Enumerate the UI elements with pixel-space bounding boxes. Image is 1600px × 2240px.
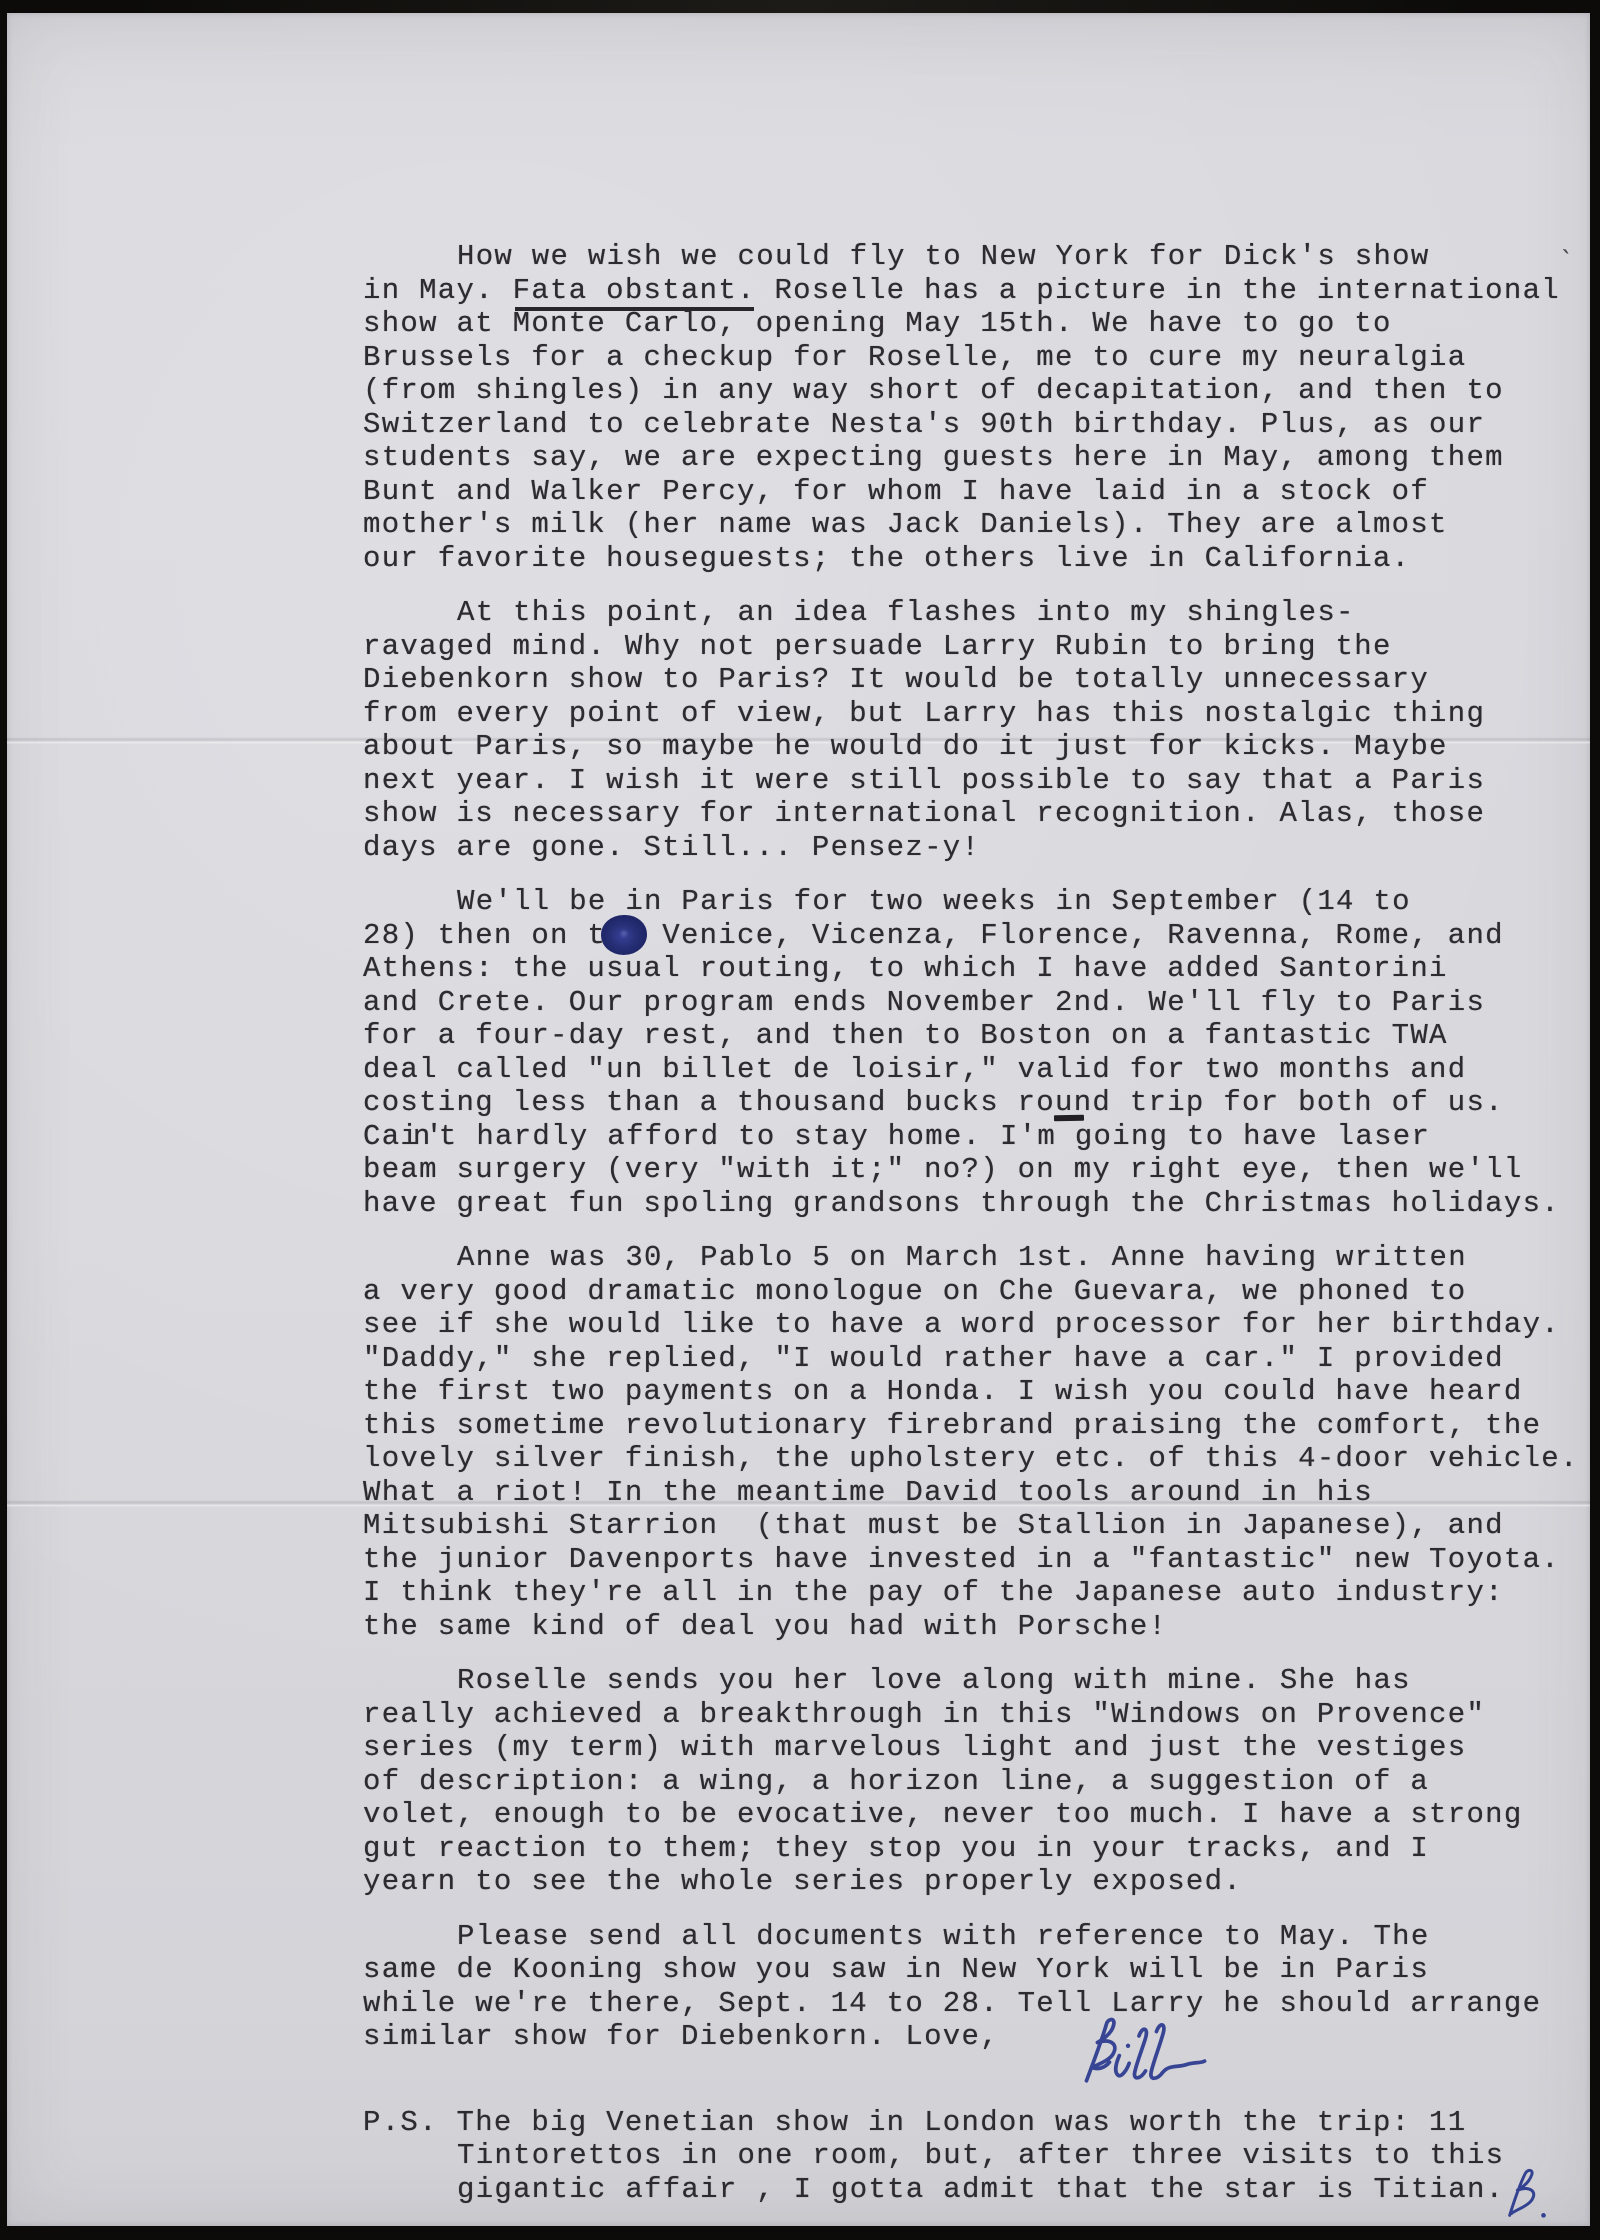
paragraph-2: At this point, an idea flashes into my s…: [363, 596, 1579, 864]
letter-line: really achieved a breakthrough in this "…: [363, 1698, 1579, 1732]
ink-correction-blot: he: [606, 919, 643, 952]
signature-bill: [1069, 2013, 1233, 2095]
underlined-phrase-fata-obstant: Fata obstant.: [513, 274, 756, 307]
letter-line: see if she would like to have a word pro…: [363, 1308, 1579, 1342]
letter-page: ` How we wish we could fly to New York f…: [7, 13, 1590, 2226]
paragraph-4: Anne was 30, Pablo 5 on March 1st. Anne …: [363, 1241, 1579, 1643]
letter-line: from every point of view, but Larry has …: [363, 697, 1579, 731]
letter-line: about Paris, so maybe he would do it jus…: [363, 730, 1579, 764]
typed-correction-mark: un: [1055, 1086, 1092, 1119]
letter-line: What a riot! In the meantime David tools…: [363, 1476, 1579, 1510]
letter-line: Brussels for a checkup for Roselle, me t…: [363, 341, 1579, 375]
letter-line: 28) then on the Venice, Vicenza, Florenc…: [363, 919, 1579, 953]
letter-line: our favorite houseguests; the others liv…: [363, 542, 1579, 576]
letter-line: (from shingles) in any way short of deca…: [363, 374, 1579, 408]
letter-line: P.S. The big Venetian show in London was…: [363, 2106, 1579, 2140]
letter-line: this sometime revolutionary firebrand pr…: [363, 1409, 1579, 1443]
letter-line: We'll be in Paris for two weeks in Septe…: [363, 885, 1579, 919]
letter-body: How we wish we could fly to New York for…: [363, 240, 1579, 2206]
letter-line: gut reaction to them; they stop you in y…: [363, 1832, 1579, 1866]
letter-line: the junior Davenports have invested in a…: [363, 1543, 1579, 1577]
letter-line: the first two payments on a Honda. I wis…: [363, 1375, 1579, 1409]
letter-line: of description: a wing, a horizon line, …: [363, 1765, 1579, 1799]
letter-line: students say, we are expecting guests he…: [363, 441, 1579, 475]
letter-line: similar show for Diebenkorn. Love,: [363, 2020, 1579, 2054]
letter-line: series (my term) with marvelous light an…: [363, 1731, 1579, 1765]
letter-line: the same kind of deal you had with Porsc…: [363, 1610, 1579, 1644]
letter-line: yearn to see the whole series properly e…: [363, 1865, 1579, 1899]
letter-line: Please send all documents with reference…: [363, 1920, 1579, 1954]
letter-line: lovely silver finish, the upholstery etc…: [363, 1442, 1579, 1476]
letter-line: How we wish we could fly to New York for…: [363, 240, 1579, 274]
paragraph-5: Roselle sends you her love along with mi…: [363, 1664, 1579, 1899]
letter-line: Switzerland to celebrate Nesta's 90th bi…: [363, 408, 1579, 442]
letter-line: Mitsubishi Starrion (that must be Stalli…: [363, 1509, 1579, 1543]
letter-line: gigantic affair , I gotta admit that the…: [363, 2173, 1579, 2207]
letter-line: in May. Fata obstant. Roselle has a pict…: [363, 274, 1579, 308]
letter-line: At this point, an idea flashes into my s…: [363, 596, 1579, 630]
letter-line: days are gone. Still... Pensez-y!: [363, 831, 1579, 865]
letter-line: have great fun spoling grandsons through…: [363, 1187, 1579, 1221]
letter-line: Roselle sends you her love along with mi…: [363, 1664, 1579, 1698]
letter-line: Cain't hardly afford to stay home. I'm g…: [363, 1120, 1579, 1154]
letter-line: "Daddy," she replied, "I would rather ha…: [363, 1342, 1579, 1376]
signature-initial: [1500, 2167, 1558, 2225]
letter-line: while we're there, Sept. 14 to 28. Tell …: [363, 1987, 1579, 2021]
letter-line: Anne was 30, Pablo 5 on March 1st. Anne …: [363, 1241, 1579, 1275]
overstruck-letters: in': [400, 1120, 438, 1153]
letter-line: I think they're all in the pay of the Ja…: [363, 1576, 1579, 1610]
letter-line: show at Monte Carlo, opening May 15th. W…: [363, 307, 1579, 341]
letter-line: Bunt and Walker Percy, for whom I have l…: [363, 475, 1579, 509]
letter-line: show is necessary for international reco…: [363, 797, 1579, 831]
letter-line: deal called "un billet de loisir," valid…: [363, 1053, 1579, 1087]
paragraph-6: Please send all documents with reference…: [363, 1920, 1579, 2054]
letter-line: volet, enough to be evocative, never too…: [363, 1798, 1579, 1832]
letter-line: ravaged mind. Why not persuade Larry Rub…: [363, 630, 1579, 664]
paragraph-1: How we wish we could fly to New York for…: [363, 240, 1579, 575]
letter-line: Athens: the usual routing, to which I ha…: [363, 952, 1579, 986]
letter-line: and Crete. Our program ends November 2nd…: [363, 986, 1579, 1020]
paragraph-3: We'll be in Paris for two weeks in Septe…: [363, 885, 1579, 1220]
letter-line: Tintorettos in one room, but, after thre…: [363, 2139, 1579, 2173]
letter-line: Diebenkorn show to Paris? It would be to…: [363, 663, 1579, 697]
letter-line: mother's milk (her name was Jack Daniels…: [363, 508, 1579, 542]
scan-background: ` How we wish we could fly to New York f…: [0, 0, 1600, 2240]
letter-line: same de Kooning show you saw in New York…: [363, 1953, 1579, 1987]
postscript: P.S. The big Venetian show in London was…: [363, 2106, 1579, 2207]
letter-line: costing less than a thousand bucks round…: [363, 1086, 1579, 1120]
letter-line: beam surgery (very "with it;" no?) on my…: [363, 1153, 1579, 1187]
letter-line: a very good dramatic monologue on Che Gu…: [363, 1275, 1579, 1309]
letter-line: for a four-day rest, and then to Boston …: [363, 1019, 1579, 1053]
letter-line: next year. I wish it were still possible…: [363, 764, 1579, 798]
